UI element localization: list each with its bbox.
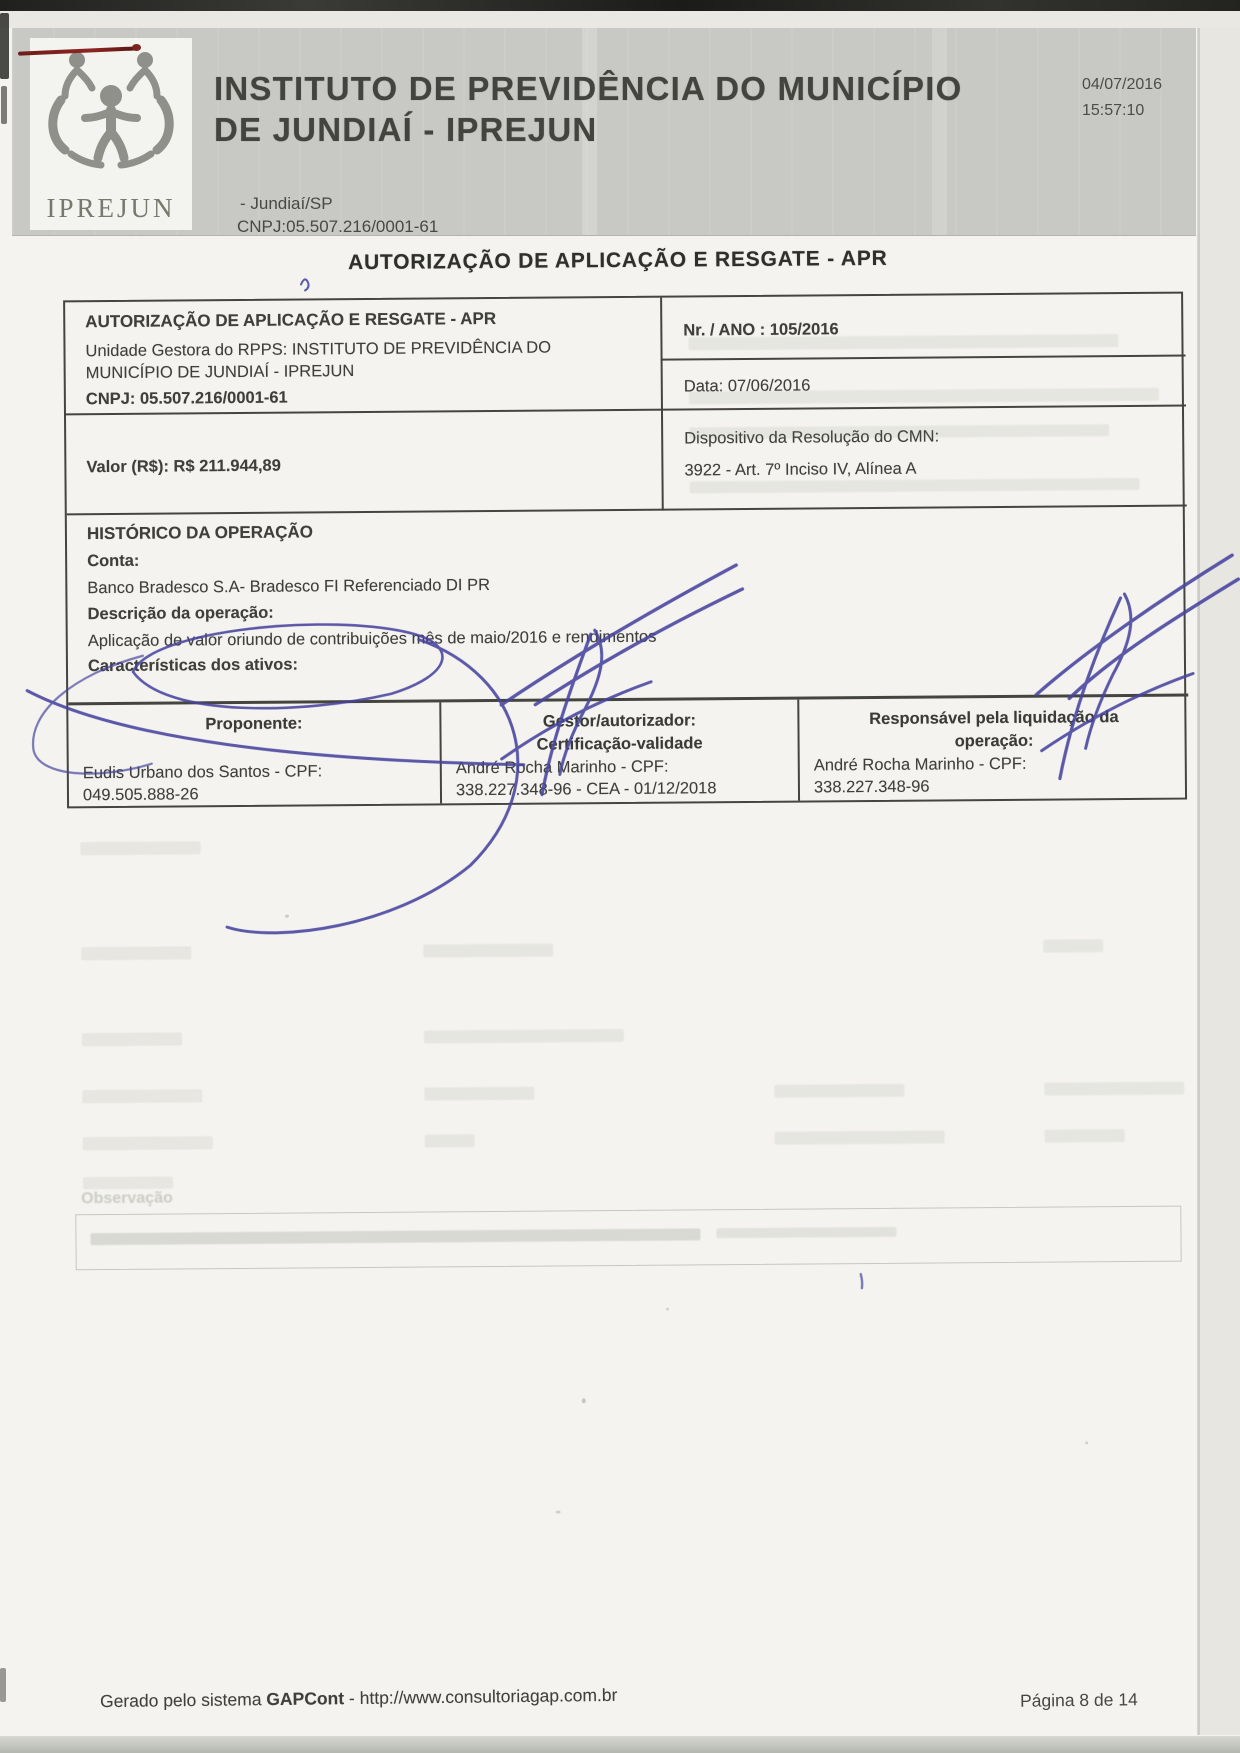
role-line: Gestor/autorizador: — [441, 709, 797, 735]
footer-text-prefix: Gerado pelo sistema — [100, 1689, 267, 1711]
descricao-label: Descrição da operação: — [87, 604, 273, 624]
scan-artifact — [666, 1308, 669, 1311]
ghost-observacao-box — [75, 1206, 1181, 1271]
scan-bleed-artifact — [424, 1029, 624, 1044]
signature-role-liquidacao: Responsável pela liquidação da operação: — [799, 706, 1188, 755]
valor-field: Valor (R$): R$ 211.944,89 — [86, 457, 281, 478]
signature-name-gestor: André Rocha Marinho - CPF: 338.227.348-9… — [456, 755, 717, 801]
scan-bleed-artifact — [775, 1130, 945, 1144]
unidade-gestora-line1: Unidade Gestora do RPPS: INSTITUTO DE PR… — [85, 339, 551, 362]
apr-form-table: AUTORIZAÇÃO DE APLICAÇÃO E RESGATE - APR… — [63, 292, 1187, 809]
table-divider — [661, 355, 1186, 361]
cnpj-field: CNPJ: 05.507.216/0001-61 — [86, 389, 288, 410]
document-body: AUTORIZAÇÃO DE APLICAÇÃO E RESGATE - APR… — [0, 0, 1240, 1753]
table-divider-thick — [68, 694, 1188, 706]
scan-artifact — [582, 1398, 586, 1403]
scan-bleed-artifact — [82, 1032, 182, 1046]
name-line: 338.227.348-96 - CEA - 01/12/2018 — [456, 777, 717, 801]
scan-bleed-artifact — [80, 841, 200, 855]
scan-bleed-artifact — [81, 946, 191, 960]
role-line: Proponente: — [68, 711, 439, 737]
role-line: Responsável pela liquidação da — [799, 706, 1188, 732]
scan-bleed-artifact — [83, 1136, 213, 1150]
signature-name-liquidacao: André Rocha Marinho - CPF: 338.227.348-9… — [814, 753, 1027, 799]
ghost-observacao-label: Observação — [81, 1190, 173, 1209]
historico-title: HISTÓRICO DA OPERAÇÃO — [87, 522, 313, 544]
scan-bleed-artifact — [425, 1134, 475, 1147]
footer-text-suffix: - http://www.consultoriagap.com.br — [344, 1685, 618, 1708]
scan-bleed-artifact — [90, 1228, 700, 1245]
name-line: 049.505.888-26 — [83, 782, 323, 806]
name-line: André Rocha Marinho - CPF: — [814, 753, 1027, 777]
footer-page-number: Página 8 de 14 — [1020, 1689, 1138, 1711]
conta-label: Conta: — [87, 552, 139, 571]
scan-bleed-artifact — [774, 1084, 904, 1098]
scan-bleed-artifact — [424, 1087, 534, 1101]
scan-artifact — [285, 915, 289, 918]
scanned-document-page: { "scan": { "timestamp_date": "04/07/201… — [0, 0, 1240, 1753]
role-line: Certificação-validade — [442, 732, 798, 758]
conta-value: Banco Bradesco S.A- Bradesco FI Referenc… — [87, 576, 490, 598]
unidade-gestora-line2: MUNICÍPIO DE JUNDIAÍ - IPREJUN — [86, 362, 355, 383]
name-line: André Rocha Marinho - CPF: — [456, 755, 717, 779]
footer-system-name: GAPCont — [266, 1688, 344, 1709]
scan-artifact — [1085, 1441, 1088, 1444]
scan-bleed-artifact — [423, 944, 553, 958]
scan-bleed-artifact — [83, 1177, 173, 1190]
form-title: AUTORIZAÇÃO DE APLICAÇÃO E RESGATE - APR — [85, 309, 496, 332]
scan-artifact — [556, 1510, 561, 1513]
caracteristicas-label: Características dos ativos: — [88, 656, 298, 677]
scan-bleed-artifact — [1044, 1082, 1184, 1096]
table-divider — [67, 505, 1187, 516]
role-line: operação: — [800, 729, 1189, 755]
name-line: Eudis Urbano dos Santos - CPF: — [83, 760, 323, 784]
document-title: AUTORIZAÇÃO DE APLICAÇÃO E RESGATE - APR — [38, 244, 1198, 277]
descricao-value: Aplicação de valor oriundo de contribuiç… — [88, 628, 657, 651]
signature-role-gestor: Gestor/autorizador: Certificação-validad… — [441, 709, 797, 758]
signature-name-proponente: Eudis Urbano dos Santos - CPF: 049.505.8… — [83, 760, 323, 806]
scan-bleed-artifact — [716, 1227, 896, 1238]
scan-bleed-artifact — [82, 1089, 202, 1103]
scan-bleed-artifact — [1045, 1129, 1125, 1143]
scan-bleed-artifact — [1043, 939, 1103, 952]
signature-role-proponente: Proponente: — [68, 711, 439, 737]
scan-artifact — [0, 1668, 6, 1702]
table-divider — [660, 298, 664, 511]
name-line: 338.227.348-96 — [814, 775, 1027, 799]
dispositivo-value: 3922 - Art. 7º Inciso IV, Alínea A — [684, 460, 916, 481]
